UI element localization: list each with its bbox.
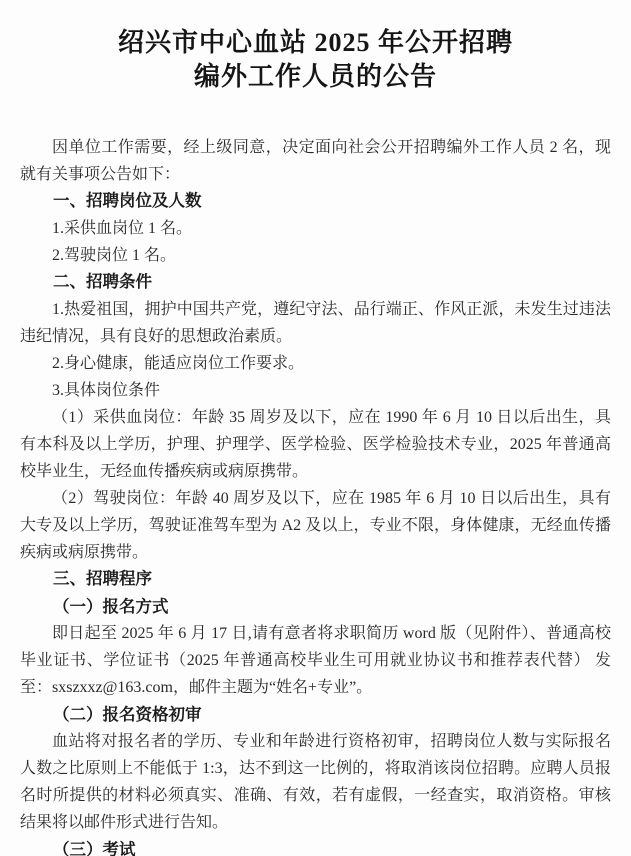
section3-sub2-heading: （二）报名资格初审 [20,701,611,728]
doc-title-line1: 绍兴市中心血站 2025 年公开招聘 [20,26,611,60]
section2-post1-requirements: （1）采供血岗位：年龄 35 周岁及以下，应在 1990 年 6 月 10 日以… [20,404,611,485]
intro-paragraph: 因单位工作需要，经上级同意，决定面向社会公开招聘编外工作人员 2 名，现就有关事… [20,134,611,188]
doc-title: 绍兴市中心血站 2025 年公开招聘 编外工作人员的公告 [20,26,611,94]
section2-post2-requirements: （2）驾驶岗位：年龄 40 周岁及以下，应在 1985 年 6 月 10 日以后… [20,485,611,566]
announcement-document-page: 绍兴市中心血站 2025 年公开招聘 编外工作人员的公告 因单位工作需要，经上级… [0,0,631,856]
section1-item-blood-post: 1.采供血岗位 1 名。 [20,215,611,242]
section2-item3: 3.具体岗位条件 [20,377,611,404]
section2-heading: 二、招聘条件 [20,269,611,296]
section1-heading: 一、招聘岗位及人数 [20,188,611,215]
section2-item1: 1.热爱祖国，拥护中国共产党，遵纪守法、品行端正、作风正派，未发生过违法违纪情况… [20,296,611,350]
section3-sub3-heading: （三）考试 [20,836,611,856]
section3-sub1-text: 即日起至 2025 年 6 月 17 日,请有意者将求职简历 word 版（见附… [20,620,611,701]
section1-item-driver-post: 2.驾驶岗位 1 名。 [20,242,611,269]
doc-title-line2: 编外工作人员的公告 [20,60,611,94]
section3-sub1-heading: （一）报名方式 [20,593,611,620]
section3-heading: 三、招聘程序 [20,566,611,593]
section2-item2: 2.身心健康，能适应岗位工作要求。 [20,350,611,377]
section3-sub2-text: 血站将对报名者的学历、专业和年龄进行资格初审，招聘岗位人数与实际报名人数之比原则… [20,728,611,836]
